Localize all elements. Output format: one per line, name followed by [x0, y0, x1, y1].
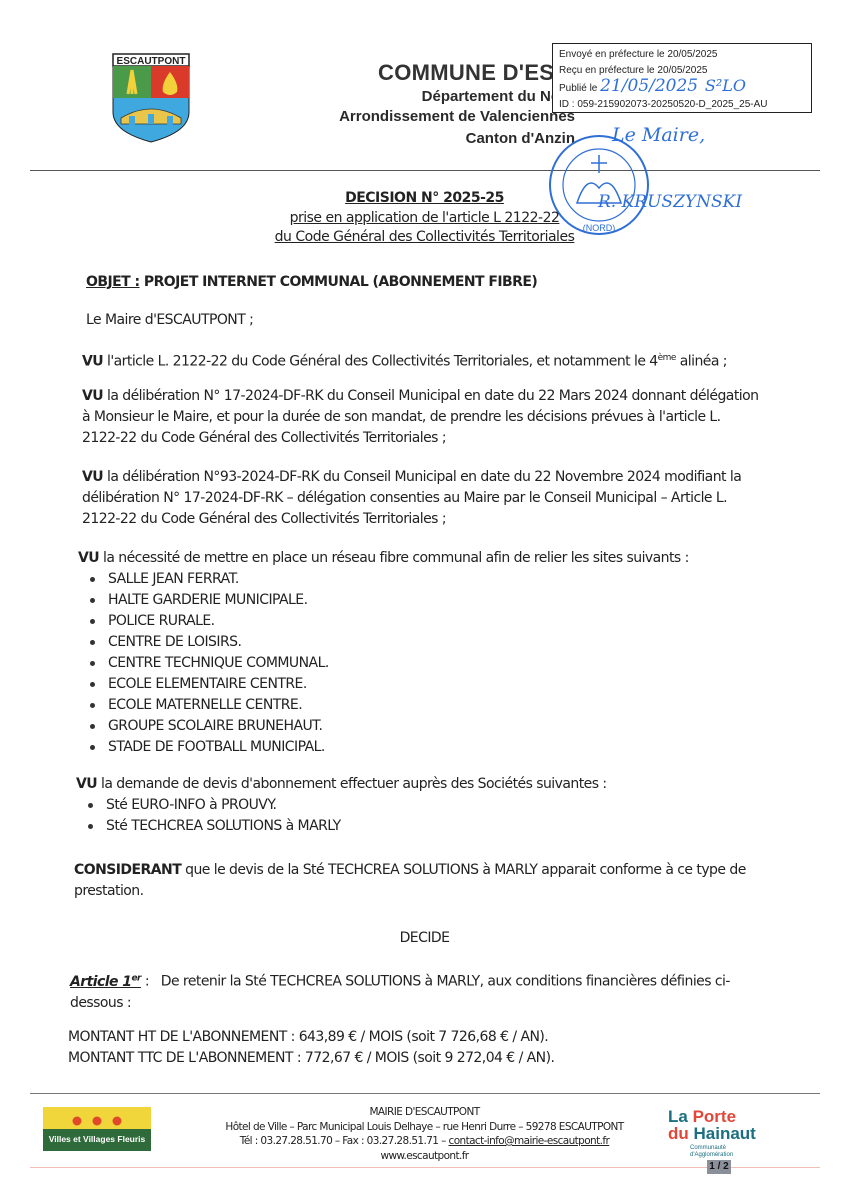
arrondissement-line: Arrondissement de Valenciennes	[339, 108, 575, 125]
email-link[interactable]: contact-info@mairie-escautpont.fr	[449, 1135, 610, 1147]
list-item: POLICE RURALE.	[78, 611, 778, 632]
sites-list: SALLE JEAN FERRAT. HALTE GARDERIE MUNICI…	[78, 569, 778, 758]
objet-line: OBJET : PROJET INTERNET COMMUNAL (ABONNE…	[86, 272, 537, 293]
list-item: Sté EURO-INFO à PROUVY.	[76, 795, 756, 816]
vu-demande-devis: VU la demande de devis d'abonnement effe…	[76, 774, 756, 837]
handwritten-le-maire: Le Maire,	[612, 124, 705, 146]
article-1: Article 1er : De retenir la Sté TECHCREA…	[70, 968, 760, 1014]
amount-ttc: MONTANT TTC DE L'ABONNEMENT : 772,67 € /…	[68, 1048, 554, 1069]
footer-bottom-line	[30, 1167, 820, 1168]
list-item: GROUPE SCOLAIRE BRUNEHAUT.	[78, 716, 778, 737]
list-item: Sté TECHCREA SOLUTIONS à MARLY	[76, 816, 756, 837]
decision-subtitle-1: prise en application de l'article L 2122…	[0, 210, 849, 226]
list-item: HALTE GARDERIE MUNICIPALE.	[78, 590, 778, 611]
decision-subtitle-2: du Code Général des Collectivités Territ…	[0, 229, 849, 245]
list-item: CENTRE TECHNIQUE COMMUNAL.	[78, 653, 778, 674]
svg-text:ESCAUTPONT: ESCAUTPONT	[117, 56, 186, 67]
handwritten-publication-date: 21/05/2025	[600, 76, 698, 96]
header-divider	[30, 170, 820, 171]
stamp-id: ID : 059-215902073-20250520-D_2025_25-AU	[559, 97, 805, 113]
stamp-publie: Publié le 21/05/2025 S²LO	[559, 78, 805, 97]
decide-heading: DECIDE	[0, 928, 849, 949]
stamp-envoye: Envoyé en préfecture le 20/05/2025	[559, 47, 805, 63]
considerant-paragraph: CONSIDERANT que le devis de la Sté TECHC…	[74, 860, 764, 902]
page-indicator: 1 / 2	[707, 1160, 731, 1174]
maire-line: Le Maire d'ESCAUTPONT ;	[86, 310, 253, 331]
list-item: ECOLE ELEMENTAIRE CENTRE.	[78, 674, 778, 695]
list-item: SALLE JEAN FERRAT.	[78, 569, 778, 590]
decision-number: DECISION N° 2025-25	[0, 190, 849, 206]
vu-deliberation-93: VU la délibération N°93-2024-DF-RK du Co…	[82, 467, 762, 530]
vu-reseau-fibre: VU la nécessité de mettre en place un ré…	[78, 548, 778, 758]
list-item: CENTRE DE LOISIRS.	[78, 632, 778, 653]
vu-deliberation-17: VU la délibération N° 17-2024-DF-RK du C…	[82, 386, 762, 449]
escautpont-crest-logo: ESCAUTPONT	[103, 52, 199, 144]
prefecture-stamp: Envoyé en préfecture le 20/05/2025 Reçu …	[552, 43, 812, 113]
handwritten-initials: S²LO	[705, 76, 746, 95]
footer-divider	[30, 1093, 820, 1094]
companies-list: Sté EURO-INFO à PROUVY. Sté TECHCREA SOL…	[76, 795, 756, 837]
vu-article: VU l'article L. 2122-22 du Code Général …	[82, 348, 782, 373]
amount-ht: MONTANT HT DE L'ABONNEMENT : 643,89 € / …	[68, 1027, 548, 1048]
list-item: ECOLE MATERNELLE CENTRE.	[78, 695, 778, 716]
list-item: STADE DE FOOTBALL MUNICIPAL.	[78, 737, 778, 758]
la-porte-du-hainaut-logo: La Porte du Hainaut Communautéd'Agglomér…	[668, 1108, 756, 1159]
